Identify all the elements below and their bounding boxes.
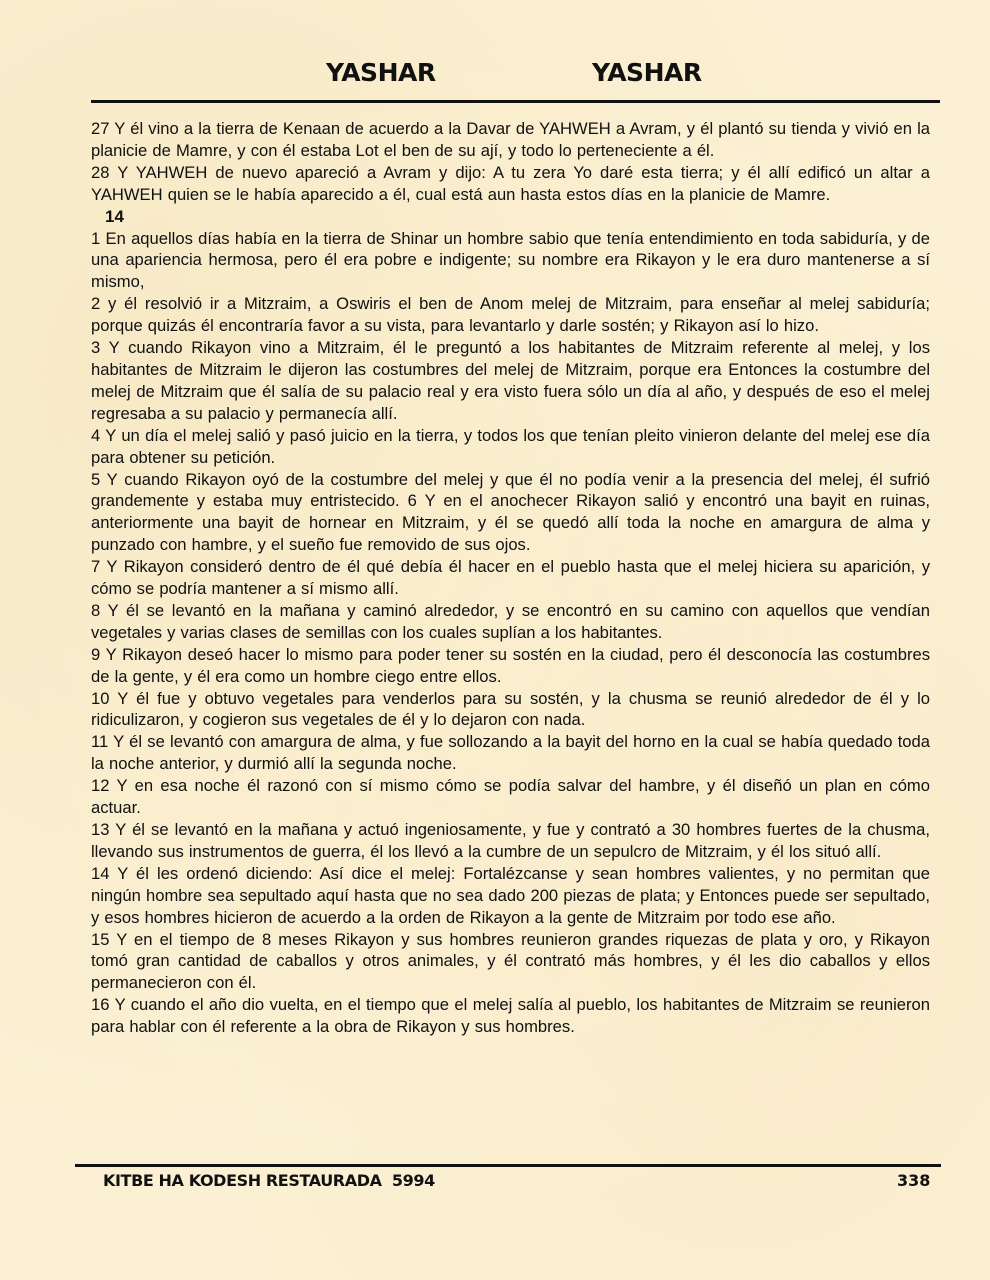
chapter-heading: 14 [91,206,930,228]
footer-divider [75,1164,941,1167]
verse-28: 28 Y YAHWEH de nuevo apareció a Avram y … [91,162,930,206]
running-title-right: YASHAR [592,58,702,87]
running-title-left: YASHAR [326,58,436,87]
verse-14: 14 Y él les ordenó diciendo: Así dice el… [91,863,930,929]
verse-5-6: 5 Y cuando Rikayon oyó de la costumbre d… [91,469,930,557]
verse-4: 4 Y un día el melej salió y pasó juicio … [91,425,930,469]
page-number: 338 [897,1171,930,1190]
header-divider [91,100,940,103]
verse-8: 8 Y él se levantó en la mañana y caminó … [91,600,930,644]
verse-1: 1 En aquellos días había en la tierra de… [91,228,930,294]
page-header: YASHAR YASHAR [0,58,990,92]
verse-7: 7 Y Rikayon consideró dentro de él qué d… [91,556,930,600]
verse-10: 10 Y él fue y obtuvo vegetales para vend… [91,688,930,732]
page-body: 27 Y él vino a la tierra de Kenaan de ac… [91,118,930,1038]
verse-13: 13 Y él se levantó en la mañana y actuó … [91,819,930,863]
verse-9: 9 Y Rikayon deseó hacer lo mismo para po… [91,644,930,688]
verse-12: 12 Y en esa noche él razonó con sí mismo… [91,775,930,819]
verse-27: 27 Y él vino a la tierra de Kenaan de ac… [91,118,930,162]
verse-16: 16 Y cuando el año dio vuelta, en el tie… [91,994,930,1038]
verse-11: 11 Y él se levantó con amargura de alma,… [91,731,930,775]
book-title: KITBE HA KODESH RESTAURADA 5994 [103,1171,435,1190]
verse-3: 3 Y cuando Rikayon vino a Mitzraim, él l… [91,337,930,425]
verse-2: 2 y él resolvió ir a Mitzraim, a Oswiris… [91,293,930,337]
verse-15: 15 Y en el tiempo de 8 meses Rikayon y s… [91,929,930,995]
